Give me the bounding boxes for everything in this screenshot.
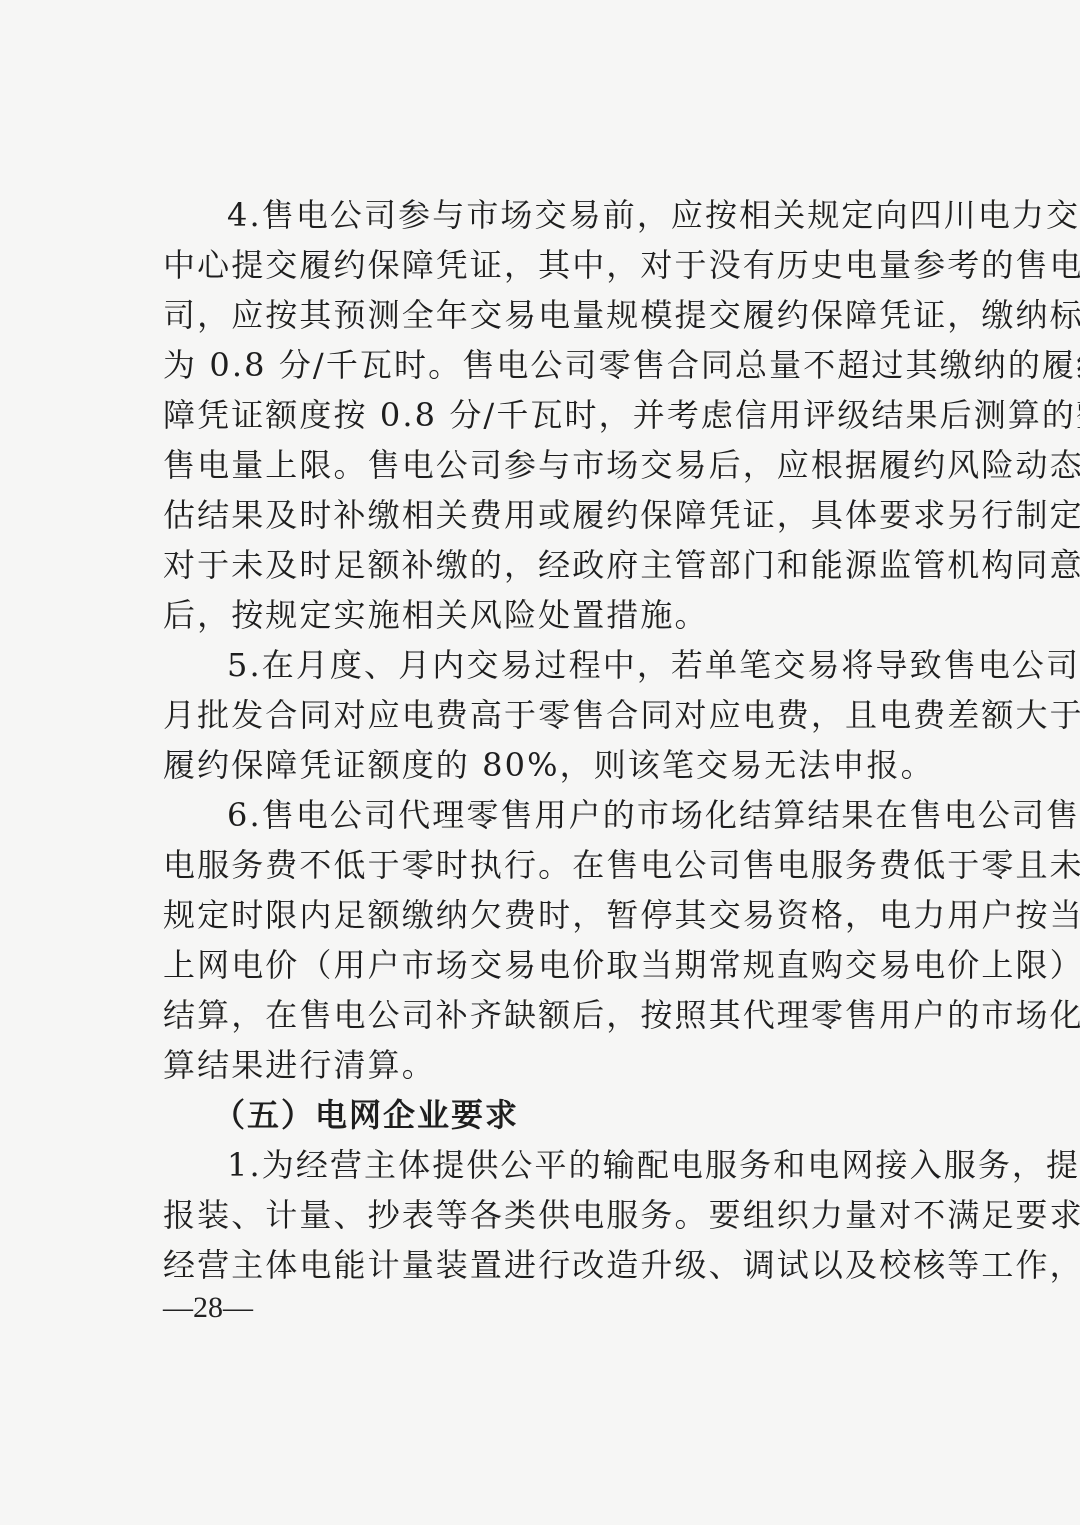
text-line: 司，应按其预测全年交易电量规模提交履约保障凭证，缴纳标准: [163, 290, 959, 340]
paragraph-item-5: 5.在月度、月内交易过程中，若单笔交易将导致售电公司当 月批发合同对应电费高于零…: [163, 640, 959, 790]
paragraph-item-4: 4.售电公司参与市场交易前，应按相关规定向四川电力交易 中心提交履约保障凭证，其…: [163, 190, 959, 640]
text-line: 售电量上限。售电公司参与市场交易后，应根据履约风险动态评: [163, 440, 959, 490]
text-line: 中心提交履约保障凭证，其中，对于没有历史电量参考的售电公: [163, 240, 959, 290]
paragraph-item-1: 1.为经营主体提供公平的输配电服务和电网接入服务，提供 报装、计量、抄表等各类供…: [163, 1140, 959, 1290]
text-line: 月批发合同对应电费高于零售合同对应电费，且电费差额大于其: [163, 690, 959, 740]
text-line: 4.售电公司参与市场交易前，应按相关规定向四川电力交易: [163, 190, 959, 240]
text-line: 1.为经营主体提供公平的输配电服务和电网接入服务，提供: [163, 1140, 959, 1190]
text-line: 6.售电公司代理零售用户的市场化结算结果在售电公司售: [163, 790, 959, 840]
text-line: 算结果进行清算。: [163, 1040, 959, 1090]
text-line: 上网电价（用户市场交易电价取当期常规直购交易电价上限）预: [163, 940, 959, 990]
text-line: 5.在月度、月内交易过程中，若单笔交易将导致售电公司当: [163, 640, 959, 690]
text-line: 报装、计量、抄表等各类供电服务。要组织力量对不满足要求的: [163, 1190, 959, 1240]
page-number: —28—: [163, 1288, 253, 1328]
text-line: 经营主体电能计量装置进行改造升级、调试以及校核等工作，确: [163, 1240, 959, 1290]
text-line: 后，按规定实施相关风险处置措施。: [163, 590, 959, 640]
text-line: 结算，在售电公司补齐缺额后，按照其代理零售用户的市场化结: [163, 990, 959, 1040]
text-line: 规定时限内足额缴纳欠费时，暂停其交易资格，电力用户按当期: [163, 890, 959, 940]
section-heading-grid-enterprise-requirements: （五）电网企业要求: [163, 1090, 959, 1140]
text-line: 电服务费不低于零时执行。在售电公司售电服务费低于零且未在: [163, 840, 959, 890]
paragraph-item-6: 6.售电公司代理零售用户的市场化结算结果在售电公司售 电服务费不低于零时执行。在…: [163, 790, 959, 1090]
text-line: 为 0.8 分/千瓦时。售电公司零售合同总量不超过其缴纳的履约保: [163, 340, 959, 390]
text-line: 对于未及时足额补缴的，经政府主管部门和能源监管机构同意: [163, 540, 959, 590]
text-line: 障凭证额度按 0.8 分/千瓦时，并考虑信用评级结果后测算的整年: [163, 390, 959, 440]
text-line: 估结果及时补缴相关费用或履约保障凭证，具体要求另行制定。: [163, 490, 959, 540]
text-line: 履约保障凭证额度的 80%，则该笔交易无法申报。: [163, 740, 959, 790]
document-page: 4.售电公司参与市场交易前，应按相关规定向四川电力交易 中心提交履约保障凭证，其…: [163, 190, 959, 1290]
